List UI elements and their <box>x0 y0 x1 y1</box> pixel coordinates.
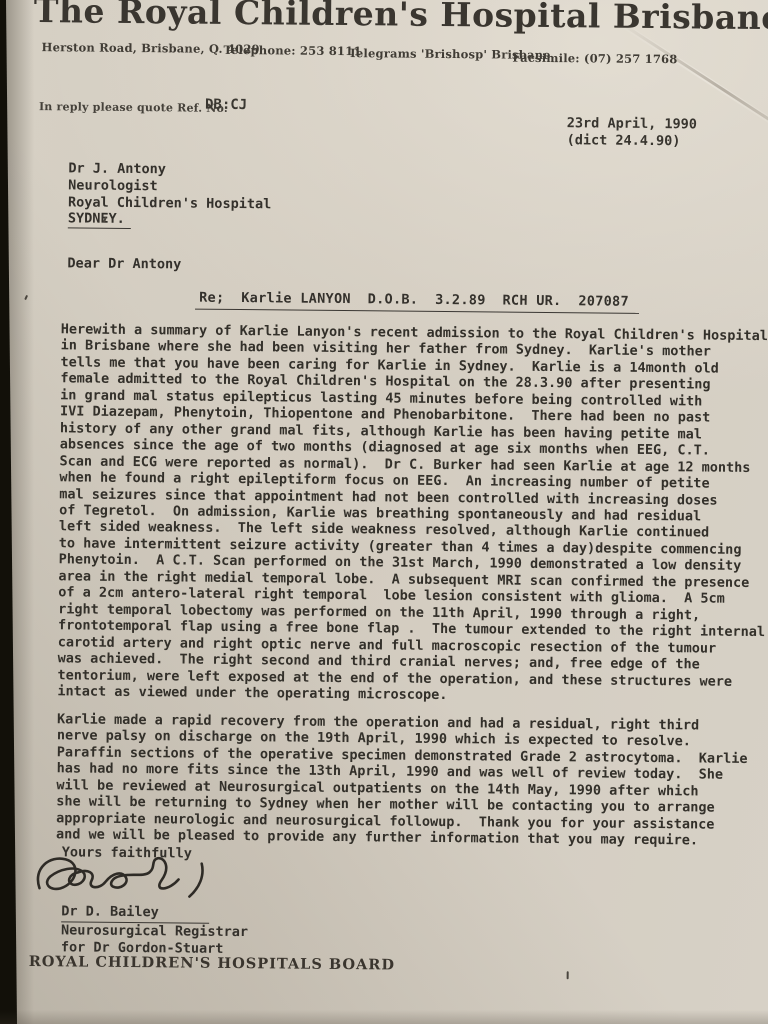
letter-date: 23rd April, 1990 (dict 24.4.90) <box>567 115 697 150</box>
salutation: Dear Dr Antony <box>67 255 181 272</box>
letter-content: The Royal Children's Hospital Brisbane H… <box>0 0 768 1024</box>
recipient-city: SYDNEY. <box>68 211 131 229</box>
recipient-name: Dr J. Antony <box>68 160 166 177</box>
footer-board-name: ROYAL CHILDREN'S HOSPITALS BOARD <box>29 953 395 974</box>
signatory-block: Dr D. Bailey Neurosurgical Registrar for… <box>61 903 248 957</box>
letterhead-facsimile: Facsimile: (07) 257 1768 <box>512 51 677 67</box>
recipient-block: Dr J. Antony Neurologist Royal Children'… <box>68 160 272 230</box>
reference-label: In reply please quote Ref. No. <box>39 100 228 115</box>
signatory-name: Dr D. Bailey <box>61 903 209 923</box>
paper-speck <box>567 971 569 979</box>
recipient-role: Neurologist <box>68 177 158 194</box>
letter-photo: The Royal Children's Hospital Brisbane H… <box>0 0 768 1024</box>
paper-speck <box>24 295 28 300</box>
letterhead-title: The Royal Children's Hospital Brisbane <box>34 0 754 37</box>
photo-bottom-shade <box>0 1010 768 1024</box>
body-paragraph-2: Karlie made a rapid recovery from the op… <box>56 711 748 849</box>
letterhead-telephone: Telephone: 253 8111 <box>223 43 361 58</box>
reference-value: DB:CJ <box>205 97 247 113</box>
subject-line: Re; Karlie LANYON D.O.B. 3.2.89 RCH UR. … <box>195 290 639 314</box>
recipient-org: Royal Children's Hospital <box>68 194 271 212</box>
body-paragraph-1: Herewith a summary of Karlie Lanyon's re… <box>57 321 768 706</box>
signatory-title: Neurosurgical Registrar <box>61 922 248 940</box>
